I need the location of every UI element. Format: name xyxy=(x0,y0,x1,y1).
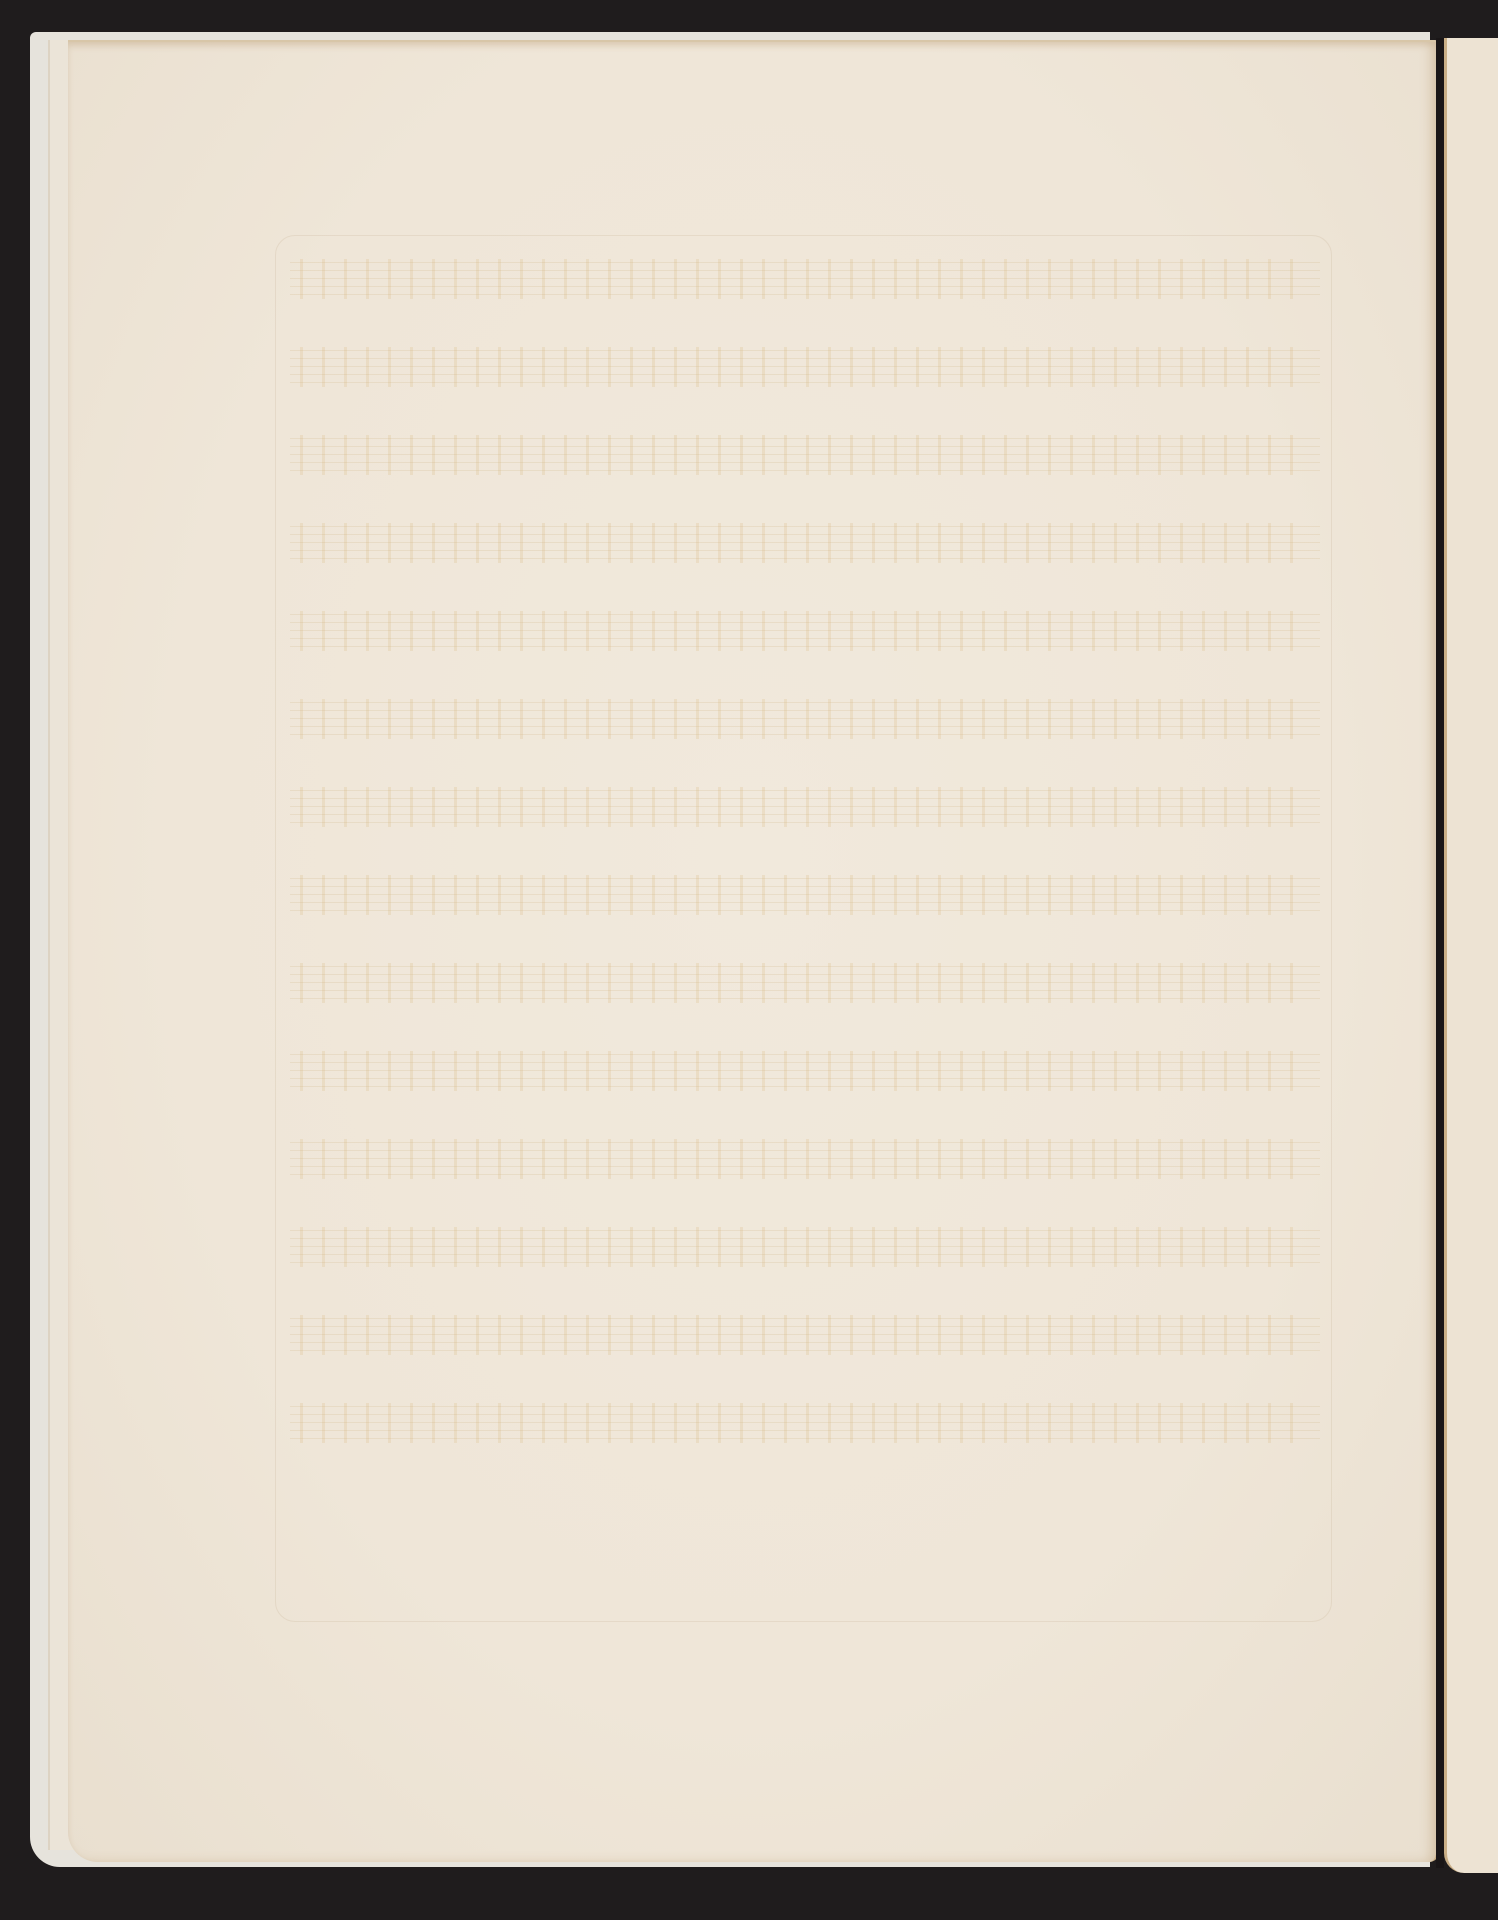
notes xyxy=(300,523,1310,563)
notes xyxy=(300,875,1310,915)
notes xyxy=(300,259,1310,299)
notes xyxy=(300,1051,1310,1091)
notes xyxy=(300,347,1310,387)
notes xyxy=(300,1139,1310,1179)
notes xyxy=(300,1227,1310,1267)
gutter xyxy=(1436,38,1444,1868)
notes xyxy=(300,611,1310,651)
adjacent-page-edge xyxy=(1444,38,1498,1873)
notes xyxy=(300,699,1310,739)
notes xyxy=(300,963,1310,1003)
notes xyxy=(300,435,1310,475)
notes xyxy=(300,1315,1310,1355)
notes xyxy=(300,787,1310,827)
notes xyxy=(300,1403,1310,1443)
